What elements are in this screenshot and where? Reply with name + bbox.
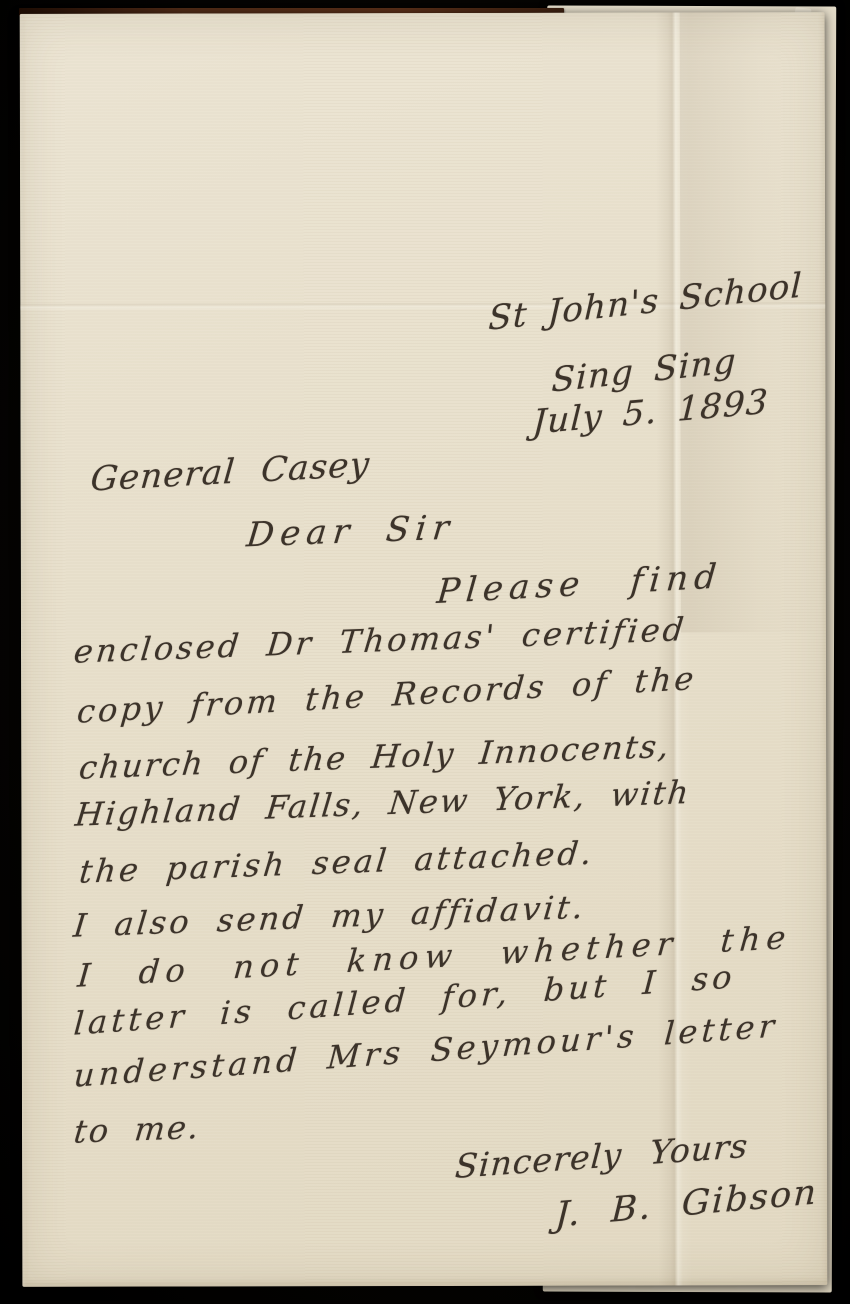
closing-valediction: Sincerely Yours [454,1127,750,1186]
salutation-greeting: Dear Sir [245,509,457,556]
fold-shadow [680,12,826,632]
body-line: the parish seal attached. [78,835,597,891]
body-line: to me. [72,1109,202,1150]
letter-scan-background: St John's School Sing Sing July 5. 1893 … [0,0,850,1304]
body-line: copy from the Records of the [76,660,698,730]
body-line: enclosed Dr Thomas' certified [72,611,688,670]
salutation-recipient: General Casey [89,446,372,500]
letter-page: St John's School Sing Sing July 5. 1893 … [20,12,828,1287]
